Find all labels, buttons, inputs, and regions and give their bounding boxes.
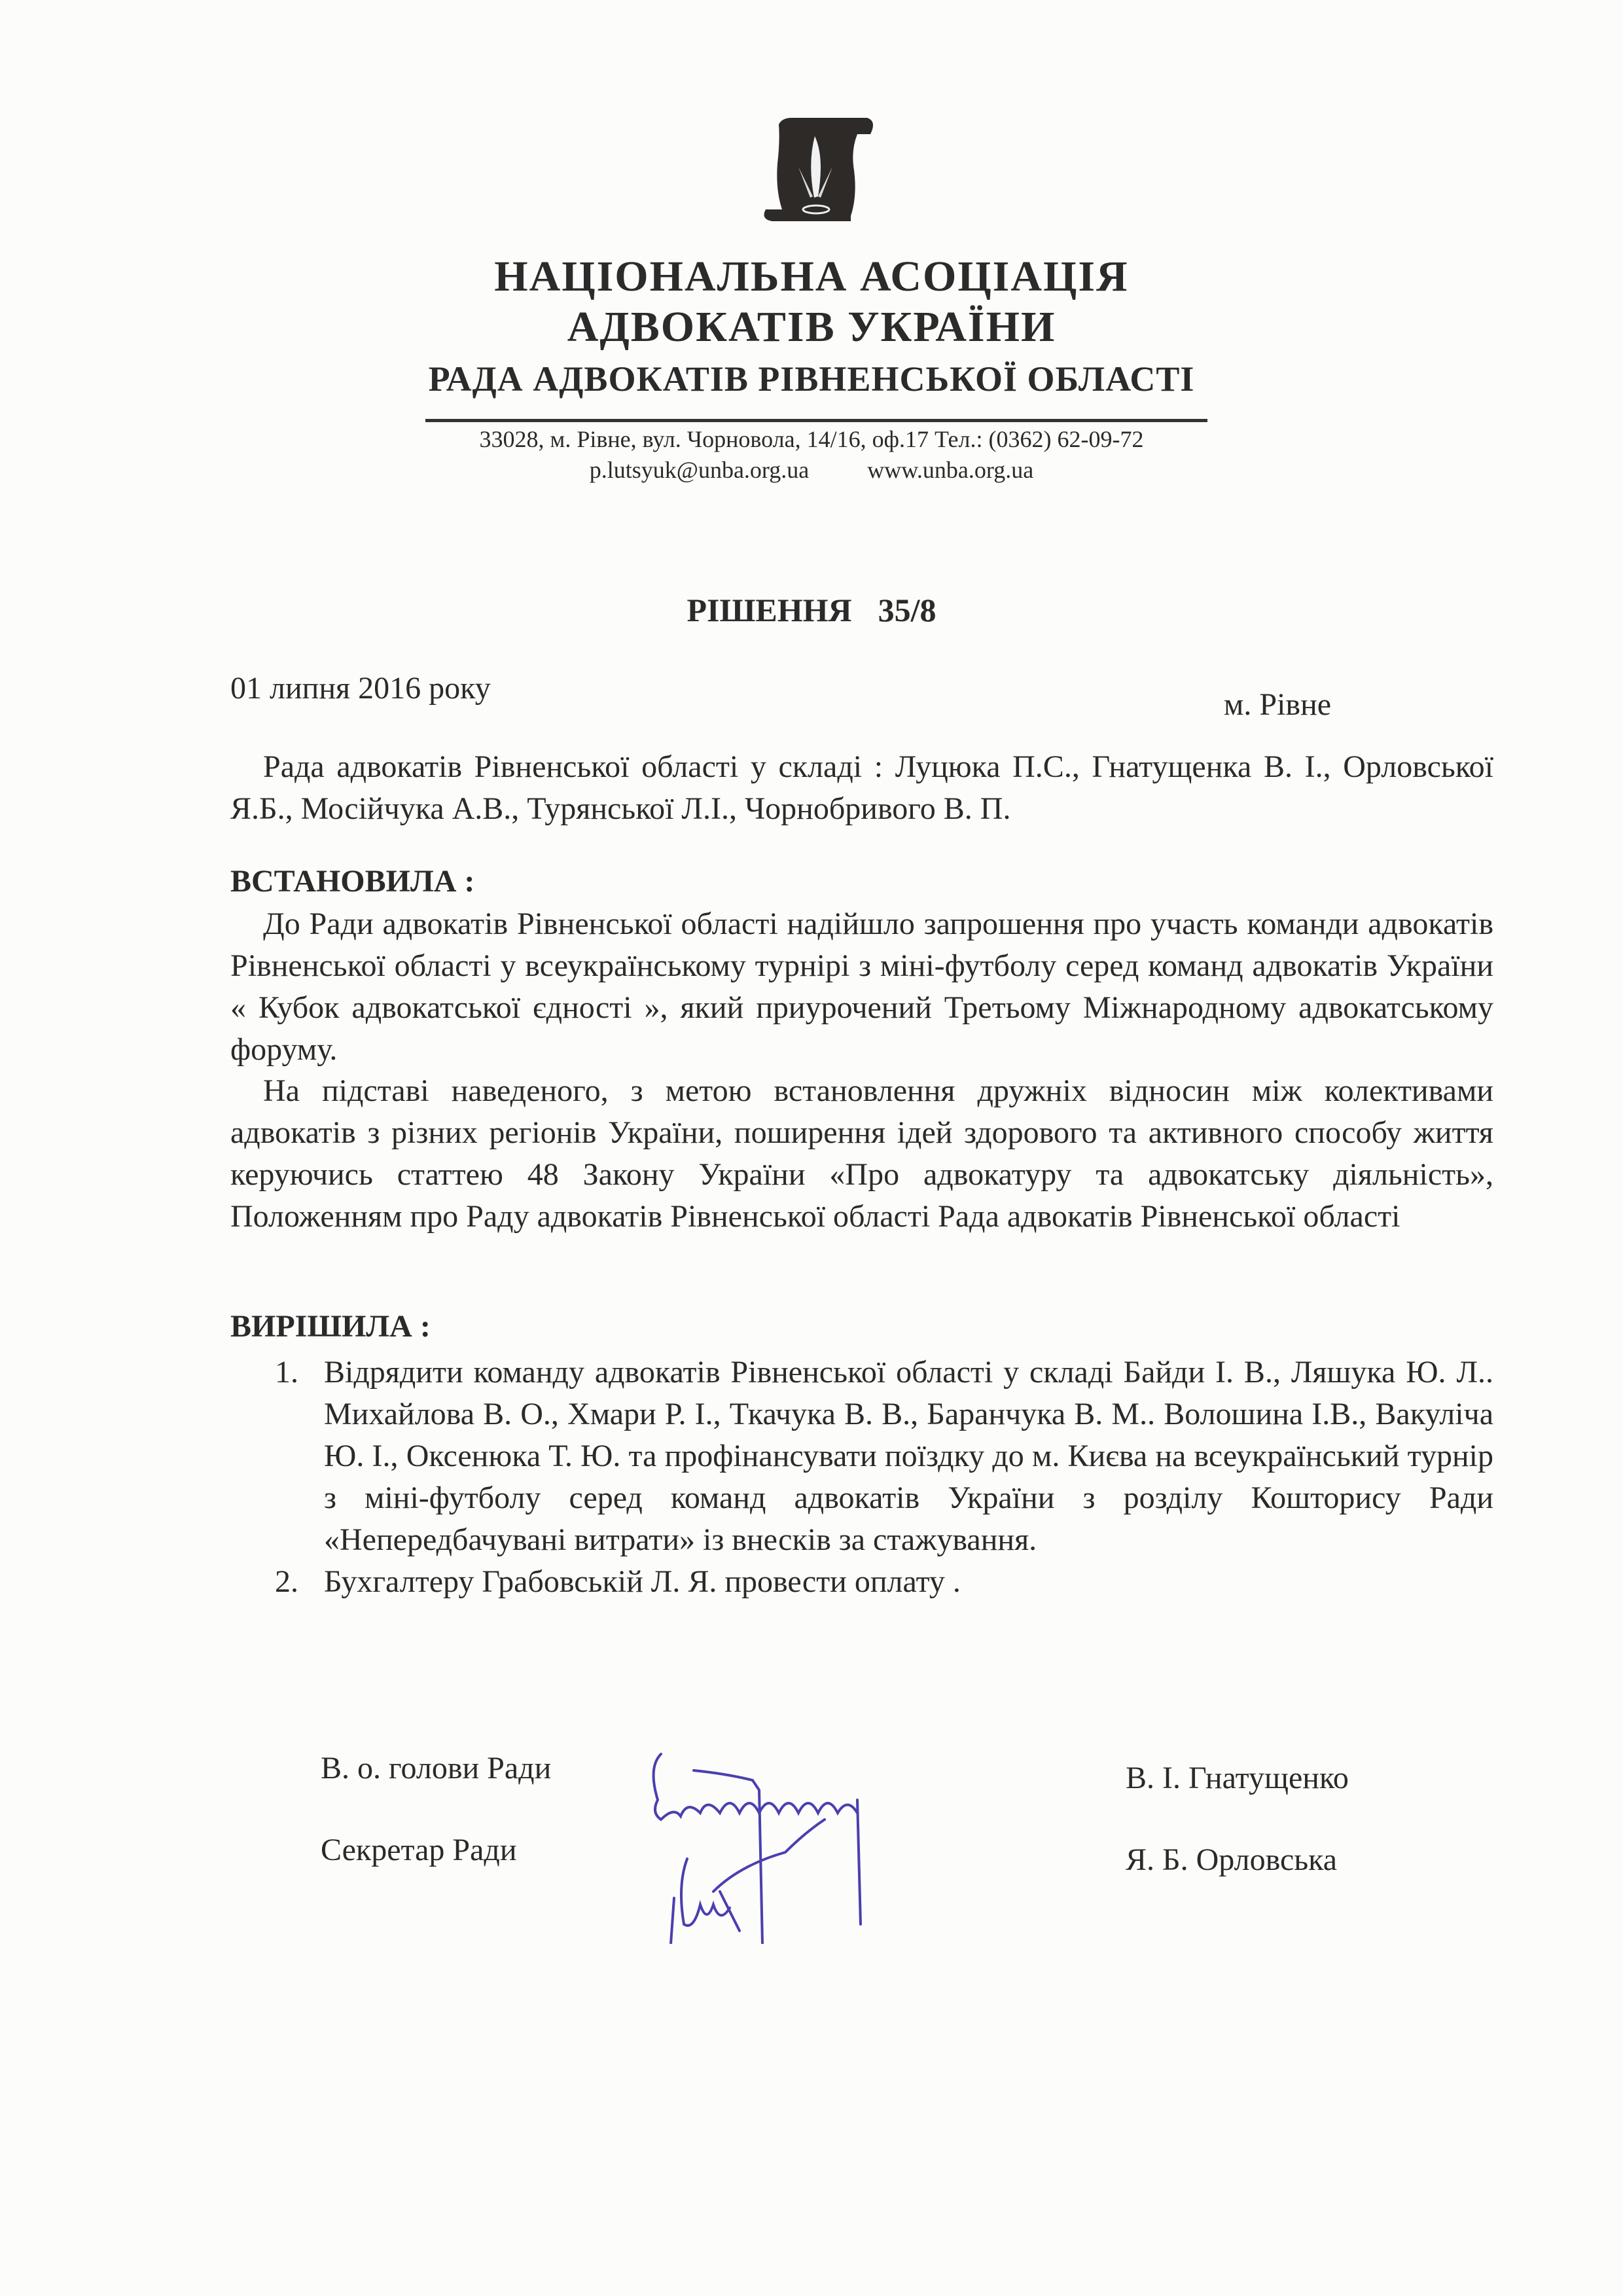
decided-heading: ВИРІШИЛА : [230, 1306, 1493, 1348]
quill-on-scroll-icon [753, 111, 877, 229]
signatory-role-chair: В. о. голови Ради [321, 1748, 551, 1789]
decision-item: 2. Бухгалтеру Грабовській Л. Я. провести… [275, 1561, 1493, 1603]
document-date: 01 липня 2016 року [230, 668, 491, 709]
council-composition: Рада адвокатів Рівненської області у скл… [230, 746, 1493, 830]
document-title: РІШЕННЯ35/8 [0, 591, 1623, 629]
signatory-name-chair: В. І. Гнатущенко [1126, 1757, 1349, 1799]
document-city: м. Рівне [1224, 684, 1331, 726]
established-paragraph-1: До Ради адвокатів Рівненської області на… [230, 903, 1493, 1071]
established-paragraph-2: На підставі наведеного, з метою встановл… [230, 1070, 1493, 1238]
org-name-line2: АДВОКАТІВ УКРАЇНИ [0, 302, 1623, 352]
contacts: p.lutsyuk@unba.org.ua www.unba.org.ua [0, 456, 1623, 484]
decision-item: 1. Відрядити команду адвокатів Рівненськ… [275, 1352, 1493, 1561]
handwritten-signatures [622, 1728, 1027, 1944]
decision-number: 1. [275, 1352, 298, 1393]
decision-text: Відрядити команду адвокатів Рівненської … [324, 1355, 1493, 1557]
decision-text: Бухгалтеру Грабовській Л. Я. провести оп… [324, 1564, 961, 1599]
decision-number: 2. [275, 1561, 298, 1603]
website-link[interactable]: www.unba.org.ua [867, 456, 1033, 484]
council-name: РАДА АДВОКАТІВ РІВНЕНСЬКОЇ ОБЛАСТІ [0, 359, 1623, 399]
signatory-name-secretary: Я. Б. Орловська [1126, 1839, 1337, 1881]
org-name-line1: НАЦІОНАЛЬНА АСОЦІАЦІЯ [0, 252, 1623, 302]
email-link[interactable]: p.lutsyuk@unba.org.ua [590, 456, 809, 484]
title-label: РІШЕННЯ [687, 592, 851, 628]
established-heading: ВСТАНОВИЛА : [230, 861, 1493, 903]
header-divider [425, 419, 1207, 422]
signatory-role-secretary: Секретар Ради [321, 1829, 517, 1871]
decision-number: 35/8 [878, 592, 936, 628]
address: 33028, м. Рівне, вул. Чорновола, 14/16, … [0, 425, 1623, 453]
decision-list: 1. Відрядити команду адвокатів Рівненськ… [275, 1352, 1493, 1603]
